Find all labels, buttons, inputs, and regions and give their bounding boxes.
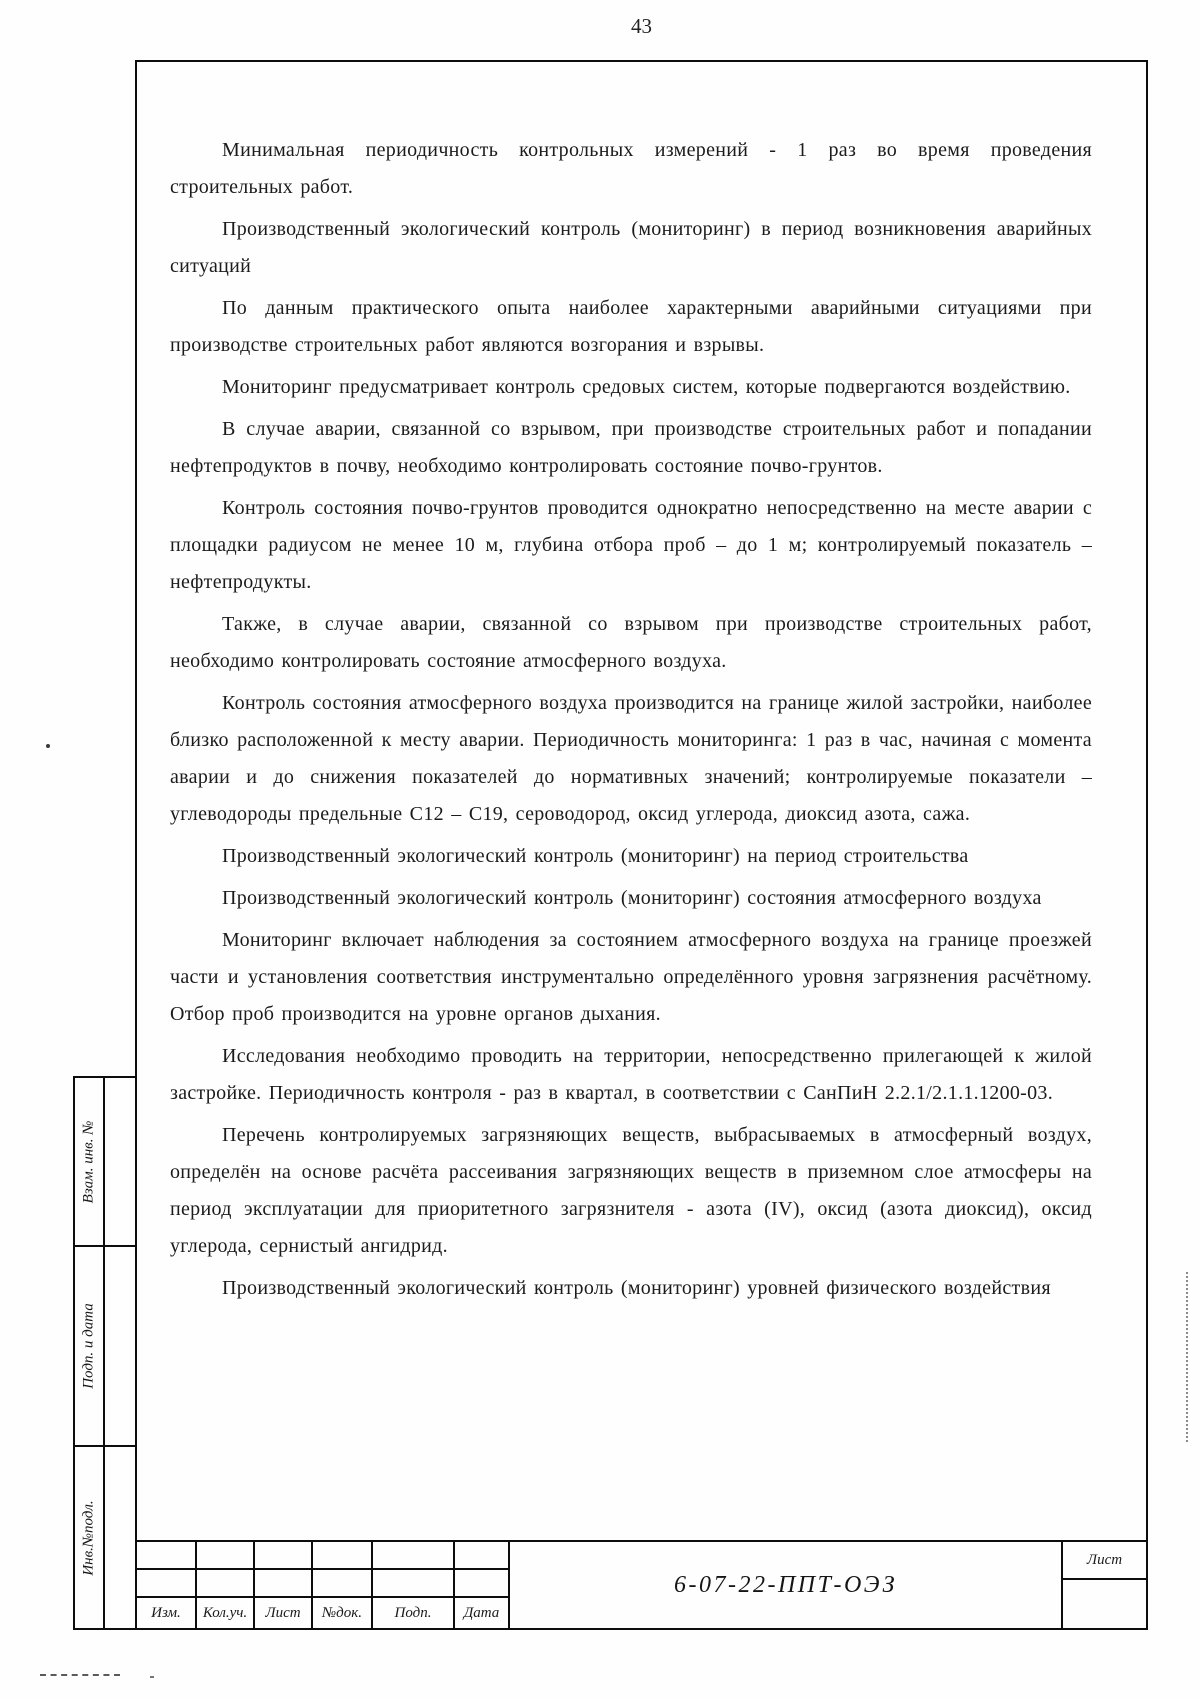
document-code: 6-07-22-ППТ-ОЭЗ	[674, 1572, 897, 1599]
revision-cell	[137, 1570, 197, 1598]
paragraph: По данным практического опыта наиболее х…	[170, 290, 1092, 364]
stamp-label-cell: Взам. инв. №	[75, 1078, 105, 1245]
paragraph: Производственный экологический контроль …	[170, 880, 1092, 917]
scan-artifact-dot	[150, 1676, 154, 1678]
stamp-blank-cell	[105, 1447, 135, 1628]
column-header-data: Дата	[455, 1598, 510, 1628]
scan-artifact-speck	[46, 744, 50, 748]
margin-stamp-column: Взам. инв. № Подп. и дата Инв.№подл.	[73, 1076, 137, 1630]
stamp-label: Инв.№подл.	[81, 1500, 98, 1575]
stamp-podp-data: Подп. и дата	[75, 1245, 135, 1445]
revision-cell	[455, 1570, 510, 1598]
revision-cell	[197, 1542, 255, 1570]
scan-artifact-dash	[40, 1674, 120, 1676]
paragraph: Мониторинг предусматривает контроль сред…	[170, 369, 1092, 406]
revision-cell	[313, 1570, 373, 1598]
column-header-koluch: Кол.уч.	[197, 1598, 255, 1628]
column-header-podp: Подп.	[373, 1598, 455, 1628]
revision-cell	[373, 1542, 455, 1570]
revision-cell	[137, 1542, 197, 1570]
document-body: Минимальная периодичность контрольных из…	[137, 62, 1146, 1538]
stamp-vzam-inv: Взам. инв. №	[75, 1078, 135, 1245]
column-header-list: Лист	[255, 1598, 313, 1628]
revision-table: Изм. Кол.уч. Лист №док. Подп. Дата	[137, 1542, 510, 1628]
paragraph: В случае аварии, связанной со взрывом, п…	[170, 411, 1092, 485]
paragraph: Контроль состояния почво-грунтов проводи…	[170, 490, 1092, 601]
sheet-number-cell	[1063, 1580, 1146, 1628]
document-code-cell: 6-07-22-ППТ-ОЭЗ	[510, 1542, 1063, 1628]
document-page: 43 Минимальная периодичность контрольных…	[0, 0, 1200, 1698]
revision-cell	[255, 1570, 313, 1598]
stamp-label: Взам. инв. №	[81, 1120, 98, 1203]
paragraph: Перечень контролируемых загрязняющих вещ…	[170, 1117, 1092, 1265]
revision-cell	[197, 1570, 255, 1598]
paragraph: Исследования необходимо проводить на тер…	[170, 1038, 1092, 1112]
stamp-blank-cell	[105, 1078, 135, 1245]
content-frame: Минимальная периодичность контрольных из…	[135, 60, 1148, 1630]
paragraph: Минимальная периодичность контрольных из…	[170, 132, 1092, 206]
revision-cell	[455, 1542, 510, 1570]
stamp-label: Подп. и дата	[81, 1303, 98, 1389]
scan-artifact-dotted-line	[1186, 1272, 1188, 1442]
sheet-label: Лист	[1063, 1542, 1146, 1580]
page-number: 43	[135, 14, 1148, 39]
revision-cell	[255, 1542, 313, 1570]
paragraph: Также, в случае аварии, связанной со взр…	[170, 606, 1092, 680]
paragraph: Мониторинг включает наблюдения за состоя…	[170, 922, 1092, 1033]
column-header-ndok: №док.	[313, 1598, 373, 1628]
sheet-cell: Лист	[1063, 1542, 1146, 1628]
column-header-izm: Изм.	[137, 1598, 197, 1628]
paragraph: Производственный экологический контроль …	[170, 211, 1092, 285]
title-block: Изм. Кол.уч. Лист №док. Подп. Дата 6-07-…	[137, 1540, 1146, 1628]
revision-cell	[313, 1542, 373, 1570]
paragraph: Контроль состояния атмосферного воздуха …	[170, 685, 1092, 833]
paragraph: Производственный экологический контроль …	[170, 838, 1092, 875]
stamp-label-cell: Инв.№подл.	[75, 1447, 105, 1628]
paragraph: Производственный экологический контроль …	[170, 1270, 1092, 1307]
stamp-blank-cell	[105, 1247, 135, 1445]
revision-cell	[373, 1570, 455, 1598]
stamp-inv-podl: Инв.№подл.	[75, 1445, 135, 1628]
stamp-label-cell: Подп. и дата	[75, 1247, 105, 1445]
